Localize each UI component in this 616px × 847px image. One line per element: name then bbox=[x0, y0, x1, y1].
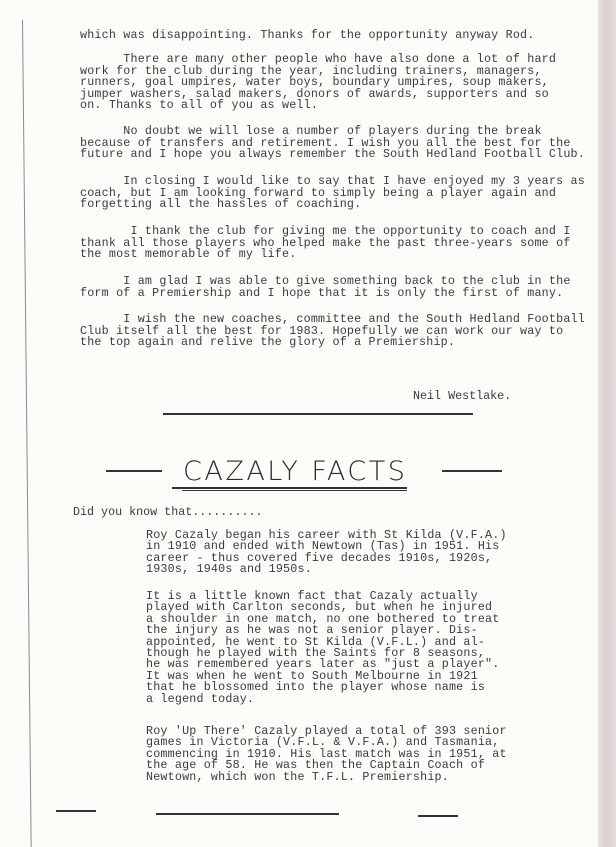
letter-paragraph-3: No doubt we will lose a number of player… bbox=[80, 126, 585, 161]
scanned-page: which was disappointing. Thanks for the … bbox=[0, 0, 616, 847]
fact-2: It is a little known fact that Cazaly ac… bbox=[146, 591, 499, 705]
title-underline-1 bbox=[172, 487, 407, 489]
title-underline-2 bbox=[182, 490, 407, 491]
letter-signature: Neil Westlake. bbox=[413, 389, 511, 403]
fact-1: Roy Cazaly began his career with St Kild… bbox=[146, 530, 507, 576]
page-margin-line bbox=[22, 20, 32, 847]
letter-paragraph-5: I thank the club for giving me the oppor… bbox=[80, 226, 571, 261]
page-edge-shadow bbox=[598, 0, 616, 847]
bottom-rule-right bbox=[418, 815, 458, 817]
letter-paragraph-1: which was disappointing. Thanks for the … bbox=[80, 30, 534, 42]
intro-text: Did you know that.......... bbox=[73, 505, 262, 519]
title-dash-left bbox=[106, 470, 162, 472]
letter-paragraph-6: I am glad I was able to give something b… bbox=[80, 276, 571, 299]
fact-3: Roy 'Up There' Cazaly played a total of … bbox=[146, 726, 507, 783]
bottom-rule-left bbox=[56, 810, 96, 812]
letter-paragraph-7: I wish the new coaches, committee and th… bbox=[80, 314, 585, 349]
section-title: CAZALY FACTS bbox=[183, 456, 407, 487]
letter-paragraph-2: There are many other people who have als… bbox=[80, 54, 556, 112]
bottom-rule-center bbox=[156, 813, 339, 815]
section-divider bbox=[163, 413, 473, 415]
title-dash-right bbox=[442, 470, 502, 472]
letter-paragraph-4: In closing I would like to say that I ha… bbox=[80, 176, 585, 211]
